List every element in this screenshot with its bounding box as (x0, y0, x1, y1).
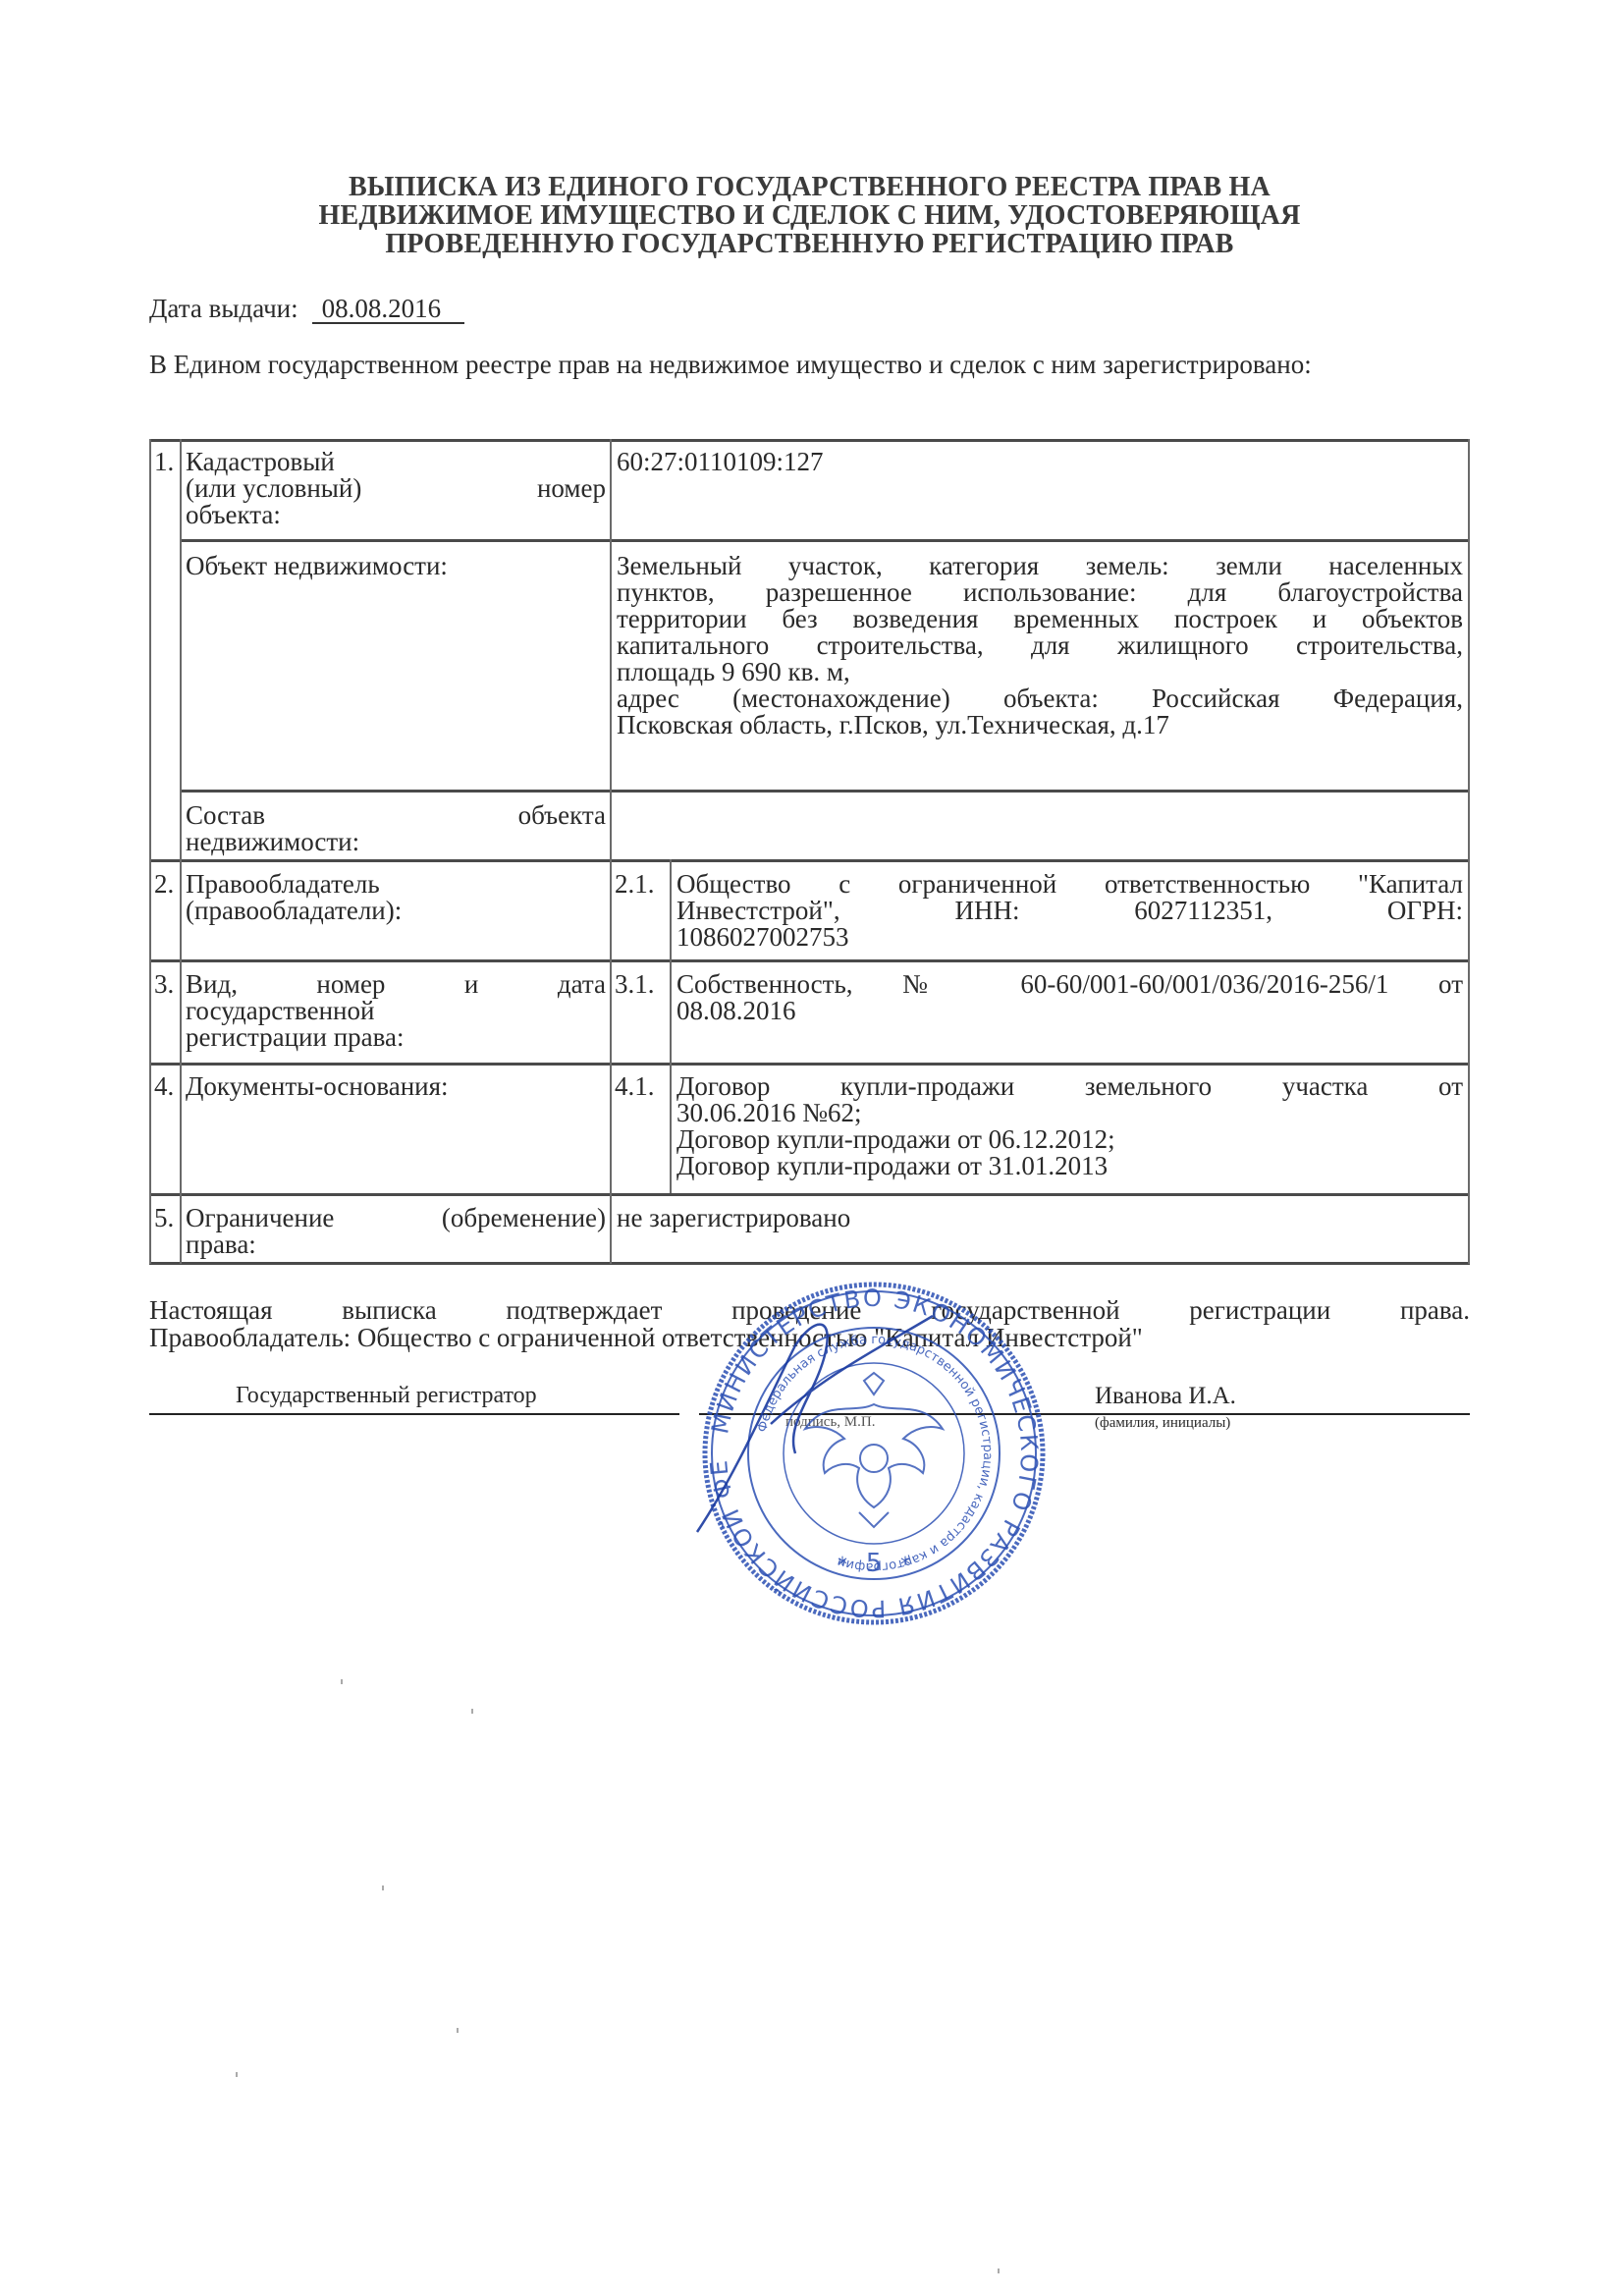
scan-speck (382, 1886, 384, 1890)
row-number-5: 5. (154, 1205, 174, 1231)
scan-speck (471, 1709, 473, 1714)
label-line: Состав объекта (186, 802, 606, 829)
label-line: права: (186, 1231, 606, 1258)
basis-documents-value: Договор купли-продажи земельного участка… (676, 1073, 1463, 1179)
object-line: площадь 9 690 кв. м, (617, 659, 1463, 685)
scan-speck (998, 2269, 1000, 2273)
label-line: Вид, номер и дата (186, 971, 606, 998)
table-border-bottom (149, 1262, 1470, 1265)
row-divider (149, 1063, 1470, 1066)
object-label: Объект недвижимости: (186, 553, 448, 579)
row-divider (149, 1193, 1470, 1196)
title-line-3: ПРОВЕДЕННУЮ ГОСУДАРСТВЕННУЮ РЕГИСТРАЦИЮ … (149, 230, 1470, 258)
subcolumn-divider (670, 859, 672, 1193)
scan-speck (236, 2072, 238, 2077)
object-line: капитального строительства, для жилищног… (617, 632, 1463, 659)
scan-speck (341, 1679, 343, 1684)
issue-date-value: 08.08.2016 (312, 295, 465, 324)
label-part: номер (537, 475, 606, 502)
stamp-number: 5 (866, 1549, 883, 1578)
row-divider (180, 790, 1470, 793)
svg-text:*: * (838, 1553, 847, 1576)
svg-text:*: * (900, 1553, 910, 1576)
document-title: ВЫПИСКА ИЗ ЕДИНОГО ГОСУДАРСТВЕННОГО РЕЕС… (149, 173, 1470, 258)
right-holder-value: Общество с ограниченной ответственностью… (676, 871, 1463, 951)
object-line: адрес (местонахождение) объекта: Российс… (617, 685, 1463, 712)
basis-documents-label: Документы-основания: (186, 1073, 449, 1100)
label-line: (или условный) номер (186, 475, 606, 502)
value-line: 1086027002753 (676, 924, 1463, 951)
table-border-top (149, 439, 1470, 442)
composition-label: Состав объекта недвижимости: (186, 802, 606, 855)
object-description: Земельный участок, категория земель: зем… (617, 553, 1463, 738)
label-line: Ограничение (обременение) (186, 1205, 606, 1231)
object-line: пунктов, разрешенное использование: для … (617, 579, 1463, 606)
label-line: недвижимости: (186, 829, 606, 855)
object-line: Земельный участок, категория земель: зем… (617, 553, 1463, 579)
signature-line-left (149, 1413, 679, 1415)
registration-value: Собственность, № 60-60/001-60/001/036/20… (676, 971, 1463, 1024)
encumbrance-value: не зарегистрировано (617, 1205, 850, 1231)
value-line: 30.06.2016 №62; (676, 1100, 1463, 1126)
column-divider (180, 439, 182, 1264)
object-line: территории без возведения временных пост… (617, 606, 1463, 632)
label-line: (правообладатели): (186, 898, 402, 924)
registrar-name: Иванова И.А. (1095, 1383, 1236, 1410)
value-line: Договор купли-продажи от 31.01.2013 (676, 1153, 1463, 1179)
title-line-1: ВЫПИСКА ИЗ ЕДИНОГО ГОСУДАРСТВЕННОГО РЕЕС… (149, 173, 1470, 201)
value-line: 08.08.2016 (676, 998, 1463, 1024)
value-line: Собственность, № 60-60/001-60/001/036/20… (676, 971, 1463, 998)
label-line: Кадастровый (186, 449, 606, 475)
issue-date-label: Дата выдачи: (149, 294, 298, 323)
title-line-2: НЕДВИЖИМОЕ ИМУЩЕСТВО И СДЕЛОК С НИМ, УДО… (149, 201, 1470, 230)
value-line: Договор купли-продажи земельного участка… (676, 1073, 1463, 1100)
value-line: Общество с ограниченной ответственностью… (676, 871, 1463, 898)
value-line: Инвестстрой", ИНН: 6027112351, ОГРН: (676, 898, 1463, 924)
sub-number-3-1: 3.1. (615, 971, 655, 998)
name-caption: (фамилия, инициалы) (1095, 1415, 1230, 1432)
label-line: объекта: (186, 502, 606, 528)
svg-text:Федеральная служба государстве: Федеральная служба государственной регис… (755, 1333, 995, 1574)
row-number-3: 3. (154, 971, 174, 998)
row-number-1: 1. (154, 449, 174, 475)
registry-table: 1. Кадастровый (или условный) номер объе… (149, 439, 1470, 1264)
row-number-2: 2. (154, 871, 174, 898)
right-holder-label: Правообладатель (правообладатели): (186, 871, 402, 924)
label-line: регистрации права: (186, 1024, 606, 1051)
object-line: Псковская область, г.Псков, ул.Техническ… (617, 712, 1463, 738)
official-stamp: МИНИСТЕРСТВО ЭКОНОМИЧЕСКОГО РАЗВИТИЯ РОС… (677, 1277, 1070, 1630)
label-line: Правообладатель (186, 871, 402, 898)
cadastral-number: 60:27:0110109:127 (617, 449, 824, 475)
issue-date-row: Дата выдачи:08.08.2016 (149, 293, 464, 324)
stamp-inner-text: Федеральная служба государственной регис… (755, 1333, 995, 1574)
sub-number-2-1: 2.1. (615, 871, 655, 898)
scan-speck (457, 2028, 459, 2033)
value-line: Договор купли-продажи от 06.12.2012; (676, 1126, 1463, 1153)
intro-text: В Едином государственном реестре прав на… (149, 351, 1470, 378)
table-border-left (149, 439, 151, 1264)
seal-icon: МИНИСТЕРСТВО ЭКОНОМИЧЕСКОГО РАЗВИТИЯ РОС… (677, 1277, 1070, 1630)
row-divider (149, 959, 1470, 962)
label-part: Состав (186, 802, 265, 829)
registration-label: Вид, номер и дата государственной регист… (186, 971, 606, 1051)
eagle-emblem-icon (805, 1373, 943, 1527)
row-number-4: 4. (154, 1073, 174, 1100)
row-divider (180, 539, 1470, 542)
sub-number-4-1: 4.1. (615, 1073, 655, 1100)
registrar-title: Государственный регистратор (236, 1383, 537, 1409)
row-divider (149, 859, 1470, 862)
label-line: государственной (186, 998, 606, 1024)
column-divider (610, 439, 612, 1264)
label-part: (или условный) (186, 475, 361, 502)
table-border-right (1468, 439, 1470, 1264)
encumbrance-label: Ограничение (обременение) права: (186, 1205, 606, 1258)
cadastral-label: Кадастровый (или условный) номер объекта… (186, 449, 606, 528)
label-part: объекта (518, 802, 606, 829)
